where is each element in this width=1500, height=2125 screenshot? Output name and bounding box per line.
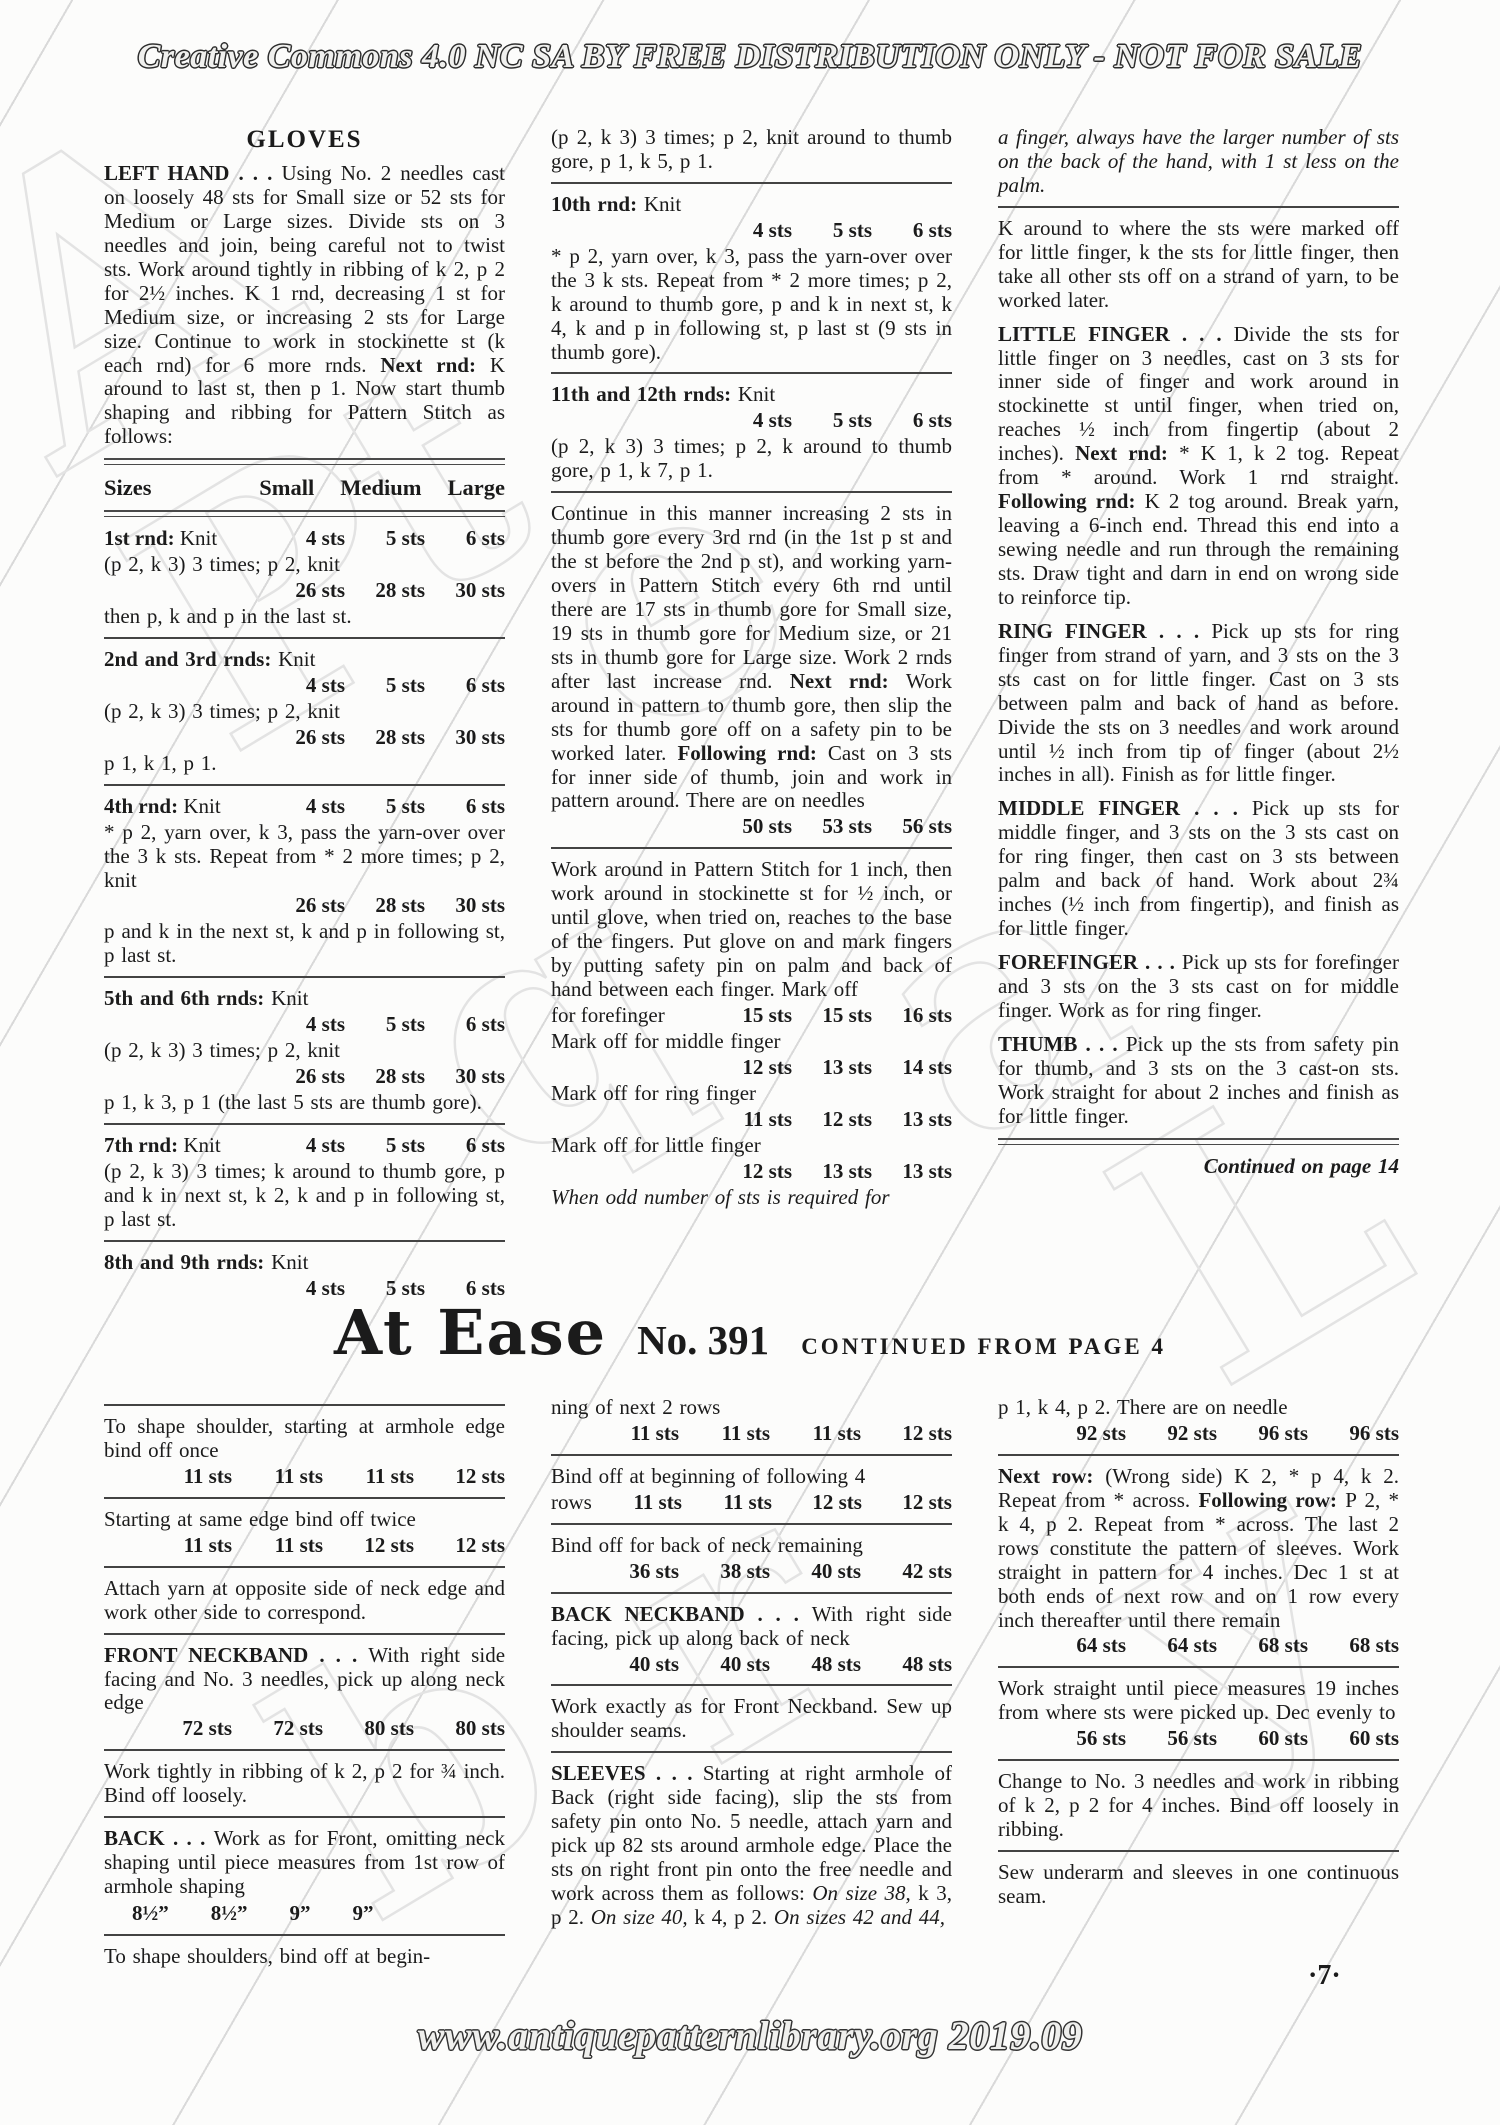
page-number: ·7· — [1308, 1960, 1341, 1992]
sts-value: 12 sts — [712, 1160, 792, 1184]
sts-value: 4 sts — [265, 674, 345, 698]
text-segment: Bind off for back of neck remaining — [551, 1533, 863, 1557]
sts-value: 48 sts — [861, 1653, 952, 1677]
at-ease-column-2: ning of next 2 rows11 sts11 sts11 sts12 … — [551, 1396, 952, 1971]
size-column-label: Small — [259, 475, 314, 501]
section-rule — [998, 1454, 1399, 1456]
paragraph: K around to where the sts were marked of… — [998, 217, 1399, 313]
sts-value: 11 sts — [588, 1422, 679, 1446]
sts-row: 11 sts11 sts12 sts12 sts — [104, 1534, 505, 1558]
paragraph: To shape shoulder, starting at armhole e… — [104, 1415, 505, 1463]
section-rule — [104, 784, 505, 786]
text-segment: Next rnd: — [380, 353, 489, 377]
sts-value: 56 sts — [872, 815, 952, 839]
text-segment: then p, k and p in the last st. — [104, 604, 352, 628]
text-segment: Knit — [271, 1250, 308, 1274]
paragraph: (p 2, k 3) 3 times; p 2, knit around to … — [551, 126, 952, 174]
paragraph: * p 2, yarn over, k 3, pass the yarn-ove… — [104, 821, 505, 893]
paragraph: THUMB . . . Pick up the sts from safety … — [998, 1033, 1399, 1129]
section-rule — [551, 1684, 952, 1686]
at-ease-column-3: p 1, k 4, p 2. There are on needle92 sts… — [998, 1396, 1399, 1971]
paragraph: p and k in the next st, k and p in follo… — [104, 920, 505, 968]
text-segment: (p 2, k 3) 3 times; p 2, k around to thu… — [551, 434, 952, 482]
text-segment: Knit — [183, 794, 220, 818]
sts-value: 11 sts — [682, 1491, 772, 1515]
sts-value: 80 sts — [323, 1717, 414, 1741]
text-segment: Following row: — [1198, 1488, 1345, 1512]
paragraph: Continued on page 14 — [998, 1155, 1399, 1179]
section-rule — [104, 1934, 505, 1936]
text-segment: p 1, k 1, p 1. — [104, 751, 217, 775]
sts-value: 6 sts — [872, 219, 952, 243]
text-segment: (p 2, k 3) 3 times; p 2, knit — [104, 699, 340, 723]
sts-row: 11 sts11 sts11 sts12 sts — [104, 1465, 505, 1489]
sts-value: 5 sts — [345, 1134, 425, 1158]
text-segment: for forefinger — [551, 1003, 665, 1027]
text-segment: p 1, k 3, p 1 (the last 5 sts are thumb … — [104, 1090, 482, 1114]
sts-value: 28 sts — [345, 1065, 425, 1089]
paragraph: * p 2, yarn over, k 3, pass the yarn-ove… — [551, 245, 952, 365]
round-label: rows — [551, 1491, 592, 1515]
size-column-label: Large — [448, 475, 505, 501]
paragraph: RING FINGER . . . Pick up sts for ring f… — [998, 620, 1399, 788]
paragraph: LITTLE FINGER . . . Divide the sts for l… — [998, 323, 1399, 610]
sts-value: 92 sts — [1035, 1422, 1126, 1446]
sts-value: 9” — [353, 1901, 374, 1926]
text-segment: Change to No. 3 needles and work in ribb… — [998, 1769, 1399, 1841]
sts-row: 56 sts56 sts60 sts60 sts — [998, 1727, 1399, 1751]
round-row: rows11 sts11 sts12 sts12 sts — [551, 1491, 952, 1515]
sts-row: 4 sts5 sts6 sts — [104, 1013, 505, 1037]
text-segment: 1st rnd: — [104, 526, 180, 550]
text-segment: On sizes 42 and 44, — [774, 1905, 945, 1929]
round-label: 7th rnd: Knit — [104, 1134, 221, 1158]
text-segment: rows — [551, 1490, 592, 1514]
sts-value: 5 sts — [345, 527, 425, 551]
paragraph: MIDDLE FINGER . . . Pick up sts for midd… — [998, 797, 1399, 941]
text-segment: Bind off at beginning of following 4 — [551, 1464, 865, 1488]
text-segment: 4th rnd: — [104, 794, 183, 818]
sts-value: 12 sts — [861, 1422, 952, 1446]
text-segment: (p 2, k 3) 3 times; p 2, knit around to … — [551, 125, 952, 173]
sts-value: 36 sts — [588, 1560, 679, 1584]
sts-value: 13 sts — [872, 1108, 952, 1132]
sts-row: 26 sts28 sts30 sts — [104, 726, 505, 750]
sts-row: 11 sts12 sts13 sts — [551, 1108, 952, 1132]
sts-value: 12 sts — [323, 1534, 414, 1558]
text-segment: To shape shoulder, starting at armhole e… — [104, 1414, 505, 1462]
text-segment: LEFT HAND . . . — [104, 161, 281, 185]
sts-value: 9” — [290, 1901, 311, 1926]
round-row: 7th rnd: Knit4 sts5 sts6 sts — [104, 1134, 505, 1158]
text-segment: (p 2, k 3) 3 times; p 2, knit — [104, 552, 340, 576]
sts-row: 26 sts28 sts30 sts — [104, 1065, 505, 1089]
article-title: At Ease — [334, 1296, 607, 1369]
sts-value: 50 sts — [712, 815, 792, 839]
sts-row: 4 sts5 sts6 sts — [551, 219, 952, 243]
paragraph: Work exactly as for Front Neckband. Sew … — [551, 1695, 952, 1743]
sts-value: 11 sts — [232, 1465, 323, 1489]
text-segment: Mark off for middle finger — [551, 1029, 781, 1053]
paragraph: Work tightly in ribbing of k 2, p 2 for … — [104, 1760, 505, 1808]
sts-value: 12 sts — [862, 1491, 952, 1515]
text-segment: SLEEVES . . . — [551, 1761, 703, 1785]
round-label: 4th rnd: Knit — [104, 795, 221, 819]
footer-url: www.antiquepatternlibrary.org 2019.09 — [0, 2012, 1500, 2059]
text-segment: FOREFINGER . . . — [998, 950, 1182, 974]
text-segment: Following rnd: — [677, 741, 827, 765]
sts-value: 14 sts — [872, 1056, 952, 1080]
paragraph: (p 2, k 3) 3 times; k around to thumb go… — [104, 1160, 505, 1232]
sts-value: 53 sts — [792, 815, 872, 839]
sts-value: 8½” — [132, 1901, 169, 1926]
text-segment: 7th rnd: — [104, 1133, 183, 1157]
sts-row: 4 sts5 sts6 sts — [104, 674, 505, 698]
gloves-column-1: GLOVESLEFT HAND . . . Using No. 2 needle… — [104, 126, 505, 1303]
sts-value: 8½” — [211, 1901, 248, 1926]
section-rule — [104, 1633, 505, 1635]
sts-value: 56 sts — [1035, 1727, 1126, 1751]
scanned-pattern-page: APteqaLryb Creative Commons 4.0 NC SA BY… — [0, 0, 1500, 2125]
sts-value: 4 sts — [265, 795, 345, 819]
paragraph: then p, k and p in the last st. — [104, 605, 505, 629]
sts-value: 80 sts — [414, 1717, 505, 1741]
section-rule — [104, 1816, 505, 1818]
text-segment: (p 2, k 3) 3 times; p 2, knit — [104, 1038, 340, 1062]
gloves-column-3: a finger, always have the larger number … — [998, 126, 1399, 1303]
sts-value: 40 sts — [770, 1560, 861, 1584]
sts-value: 6 sts — [872, 409, 952, 433]
sts-value: 96 sts — [1217, 1422, 1308, 1446]
paragraph: FRONT NECKBAND . . . With right side fac… — [104, 1644, 505, 1716]
sts-value: 16 sts — [872, 1004, 952, 1028]
text-segment: p and k in the next st, k and p in follo… — [104, 919, 505, 967]
text-segment: Knit — [183, 1133, 220, 1157]
section-rule — [551, 372, 952, 374]
sts-value: 12 sts — [414, 1534, 505, 1558]
sts-value: 11 sts — [141, 1465, 232, 1489]
gloves-heading: GLOVES — [104, 126, 505, 154]
text-segment: Knit — [278, 647, 315, 671]
paragraph: p 1, k 4, p 2. There are on needle — [998, 1396, 1399, 1420]
sts-row: 4 sts5 sts6 sts — [551, 409, 952, 433]
section-rule — [104, 1497, 505, 1499]
text-segment: Starting at same edge bind off twice — [104, 1507, 416, 1531]
paragraph: SLEEVES . . . Starting at right armhole … — [551, 1762, 952, 1930]
paragraph: (p 2, k 3) 3 times; p 2, knit — [104, 700, 505, 724]
section-rule — [998, 1850, 1399, 1852]
round-row: 4th rnd: Knit4 sts5 sts6 sts — [104, 795, 505, 819]
sts-row: 50 sts53 sts56 sts — [551, 815, 952, 839]
double-rule — [998, 1138, 1399, 1145]
sts-value: 11 sts — [712, 1108, 792, 1132]
sts-value: 11 sts — [679, 1422, 770, 1446]
sts-value: 13 sts — [872, 1160, 952, 1184]
text-segment: Mark off for little finger — [551, 1133, 761, 1157]
sts-value: 26 sts — [265, 894, 345, 918]
sts-value: 13 sts — [792, 1160, 872, 1184]
sts-value: 48 sts — [770, 1653, 861, 1677]
paragraph: Work straight until piece measures 19 in… — [998, 1677, 1399, 1725]
paragraph: Mark off for middle finger — [551, 1030, 952, 1054]
paragraph: LEFT HAND . . . Using No. 2 needles cast… — [104, 162, 505, 449]
sts-row: 40 sts40 sts48 sts48 sts — [551, 1653, 952, 1677]
section-rule — [104, 1240, 505, 1242]
section-rule — [104, 637, 505, 639]
round-row: for forefinger15 sts15 sts16 sts — [551, 1004, 952, 1028]
paragraph: 11th and 12th rnds: Knit — [551, 383, 952, 407]
sts-value: 11 sts — [232, 1534, 323, 1558]
sts-value: 28 sts — [345, 894, 425, 918]
text-segment: * p 2, yarn over, k 3, pass the yarn-ove… — [104, 820, 505, 892]
paragraph: Bind off at beginning of following 4 — [551, 1465, 952, 1489]
text-segment: Continued on page 14 — [1204, 1154, 1399, 1178]
sts-value: 26 sts — [265, 726, 345, 750]
section-rule — [551, 182, 952, 184]
text-segment: FRONT NECKBAND . . . — [104, 1643, 368, 1667]
paragraph: Sew underarm and sleeves in one continuo… — [998, 1861, 1399, 1909]
sts-row: 11 sts11 sts11 sts12 sts — [551, 1422, 952, 1446]
section-rule — [551, 491, 952, 493]
paragraph: (p 2, k 3) 3 times; p 2, k around to thu… — [551, 435, 952, 483]
double-rule — [104, 458, 505, 465]
text-segment: On size 40, — [591, 1905, 688, 1929]
sts-value: 11 sts — [770, 1422, 861, 1446]
sts-row: 26 sts28 sts30 sts — [104, 579, 505, 603]
sts-row: 12 sts13 sts13 sts — [551, 1160, 952, 1184]
paragraph: (p 2, k 3) 3 times; p 2, knit — [104, 1039, 505, 1063]
sts-value: 12 sts — [792, 1108, 872, 1132]
paragraph: Continue in this manner increasing 2 sts… — [551, 502, 952, 813]
sts-value: 5 sts — [792, 219, 872, 243]
sts-value: 15 sts — [792, 1004, 872, 1028]
gloves-column-2: (p 2, k 3) 3 times; p 2, knit around to … — [551, 126, 952, 1303]
double-rule — [104, 510, 505, 517]
size-column-labels: SmallMediumLarge — [259, 475, 505, 501]
text-segment: Knit — [180, 526, 217, 550]
text-segment: On size 38, — [812, 1881, 910, 1905]
paragraph: BACK . . . Work as for Front, omitting n… — [104, 1827, 505, 1899]
text-segment: a finger, always have the larger number … — [998, 125, 1399, 197]
paragraph: (p 2, k 3) 3 times; p 2, knit — [104, 553, 505, 577]
sts-value: 4 sts — [712, 409, 792, 433]
text-segment: ning of next 2 rows — [551, 1395, 720, 1419]
paragraph: p 1, k 3, p 1 (the last 5 sts are thumb … — [104, 1091, 505, 1115]
gloves-section: GLOVESLEFT HAND . . . Using No. 2 needle… — [104, 126, 1400, 1303]
paragraph: 5th and 6th rnds: Knit — [104, 987, 505, 1011]
text-segment: Knit — [738, 382, 775, 406]
sts-value: 64 sts — [1035, 1634, 1126, 1658]
text-segment: MIDDLE FINGER . . . — [998, 796, 1252, 820]
text-segment: * p 2, yarn over, k 3, pass the yarn-ove… — [551, 244, 952, 364]
paragraph: Attach yarn at opposite side of neck edg… — [104, 1577, 505, 1625]
text-segment: Next rnd: — [790, 669, 906, 693]
paragraph: BACK NECKBAND . . . With right side faci… — [551, 1603, 952, 1651]
paragraph: Next row: (Wrong side) K 2, * p 4, k 2. … — [998, 1465, 1399, 1633]
sts-value: 30 sts — [425, 894, 505, 918]
sts-value: 30 sts — [425, 1065, 505, 1089]
sts-value: 6 sts — [425, 674, 505, 698]
paragraph: To shape shoulders, bind off at begin- — [104, 1945, 505, 1969]
sts-value: 72 sts — [232, 1717, 323, 1741]
sts-row: 12 sts13 sts14 sts — [551, 1056, 952, 1080]
sts-value: 26 sts — [265, 1065, 345, 1089]
size-column-label: Medium — [340, 475, 421, 501]
text-segment: k 4, p 2. — [688, 1905, 774, 1929]
paragraph: Starting at same edge bind off twice — [104, 1508, 505, 1532]
inches-row: 8½”8½”9”9” — [104, 1901, 505, 1926]
text-segment: THUMB . . . — [998, 1032, 1126, 1056]
sts-row: 72 sts72 sts80 sts80 sts — [104, 1717, 505, 1741]
text-segment: 11th and 12th rnds: — [551, 382, 738, 406]
sts-value: 56 sts — [1126, 1727, 1217, 1751]
sts-value: 40 sts — [679, 1653, 770, 1677]
sts-value: 68 sts — [1308, 1634, 1399, 1658]
section-rule — [998, 1759, 1399, 1761]
text-segment: Work straight until piece measures 19 in… — [998, 1676, 1399, 1724]
sts-value: 12 sts — [414, 1465, 505, 1489]
sts-value: 4 sts — [712, 219, 792, 243]
round-label: for forefinger — [551, 1004, 665, 1028]
section-rule — [551, 1454, 952, 1456]
sts-value: 11 sts — [141, 1534, 232, 1558]
text-segment: 8th and 9th rnds: — [104, 1250, 271, 1274]
paragraph: p 1, k 1, p 1. — [104, 752, 505, 776]
paragraph: ning of next 2 rows — [551, 1396, 952, 1420]
sts-value: 5 sts — [345, 795, 425, 819]
text-segment: Mark off for ring finger — [551, 1081, 756, 1105]
text-segment: Sew underarm and sleeves in one continuo… — [998, 1860, 1399, 1908]
section-rule — [551, 847, 952, 849]
text-segment: Attach yarn at opposite side of neck edg… — [104, 1576, 505, 1624]
sts-value: 68 sts — [1217, 1634, 1308, 1658]
text-segment: When odd number of sts is required for — [551, 1185, 890, 1209]
sts-value: 11 sts — [323, 1465, 414, 1489]
round-row: 1st rnd: Knit4 sts5 sts6 sts — [104, 527, 505, 551]
sts-value: 60 sts — [1308, 1727, 1399, 1751]
sts-value: 4 sts — [265, 1013, 345, 1037]
paragraph: FOREFINGER . . . Pick up sts for forefin… — [998, 951, 1399, 1023]
sts-row: 36 sts38 sts40 sts42 sts — [551, 1560, 952, 1584]
text-segment: Knit — [271, 986, 308, 1010]
sts-value: 28 sts — [345, 579, 425, 603]
text-segment: BACK NECKBAND . . . — [551, 1602, 812, 1626]
sts-value: 12 sts — [712, 1056, 792, 1080]
sts-value: 72 sts — [141, 1717, 232, 1741]
section-rule — [998, 1666, 1399, 1668]
text-segment: BACK . . . — [104, 1826, 214, 1850]
sts-value: 4 sts — [265, 527, 345, 551]
sts-value: 40 sts — [588, 1653, 679, 1677]
sizes-header-row: SizesSmallMediumLarge — [104, 475, 505, 501]
sts-value: 92 sts — [1126, 1422, 1217, 1446]
text-segment: Following rnd: — [998, 489, 1145, 513]
text-segment: Work around in Pattern Stitch for 1 inch… — [551, 857, 952, 1001]
text-segment: 2nd and 3rd rnds: — [104, 647, 278, 671]
sizes-label: Sizes — [104, 475, 152, 501]
text-segment: 10th rnd: — [551, 192, 644, 216]
paragraph: Mark off for little finger — [551, 1134, 952, 1158]
text-segment: Continue in this manner increasing 2 sts… — [551, 501, 952, 693]
text-segment: K around to where the sts were marked of… — [998, 216, 1399, 312]
text-segment: 5th and 6th rnds: — [104, 986, 271, 1010]
section-rule — [998, 206, 1399, 208]
sts-value: 26 sts — [265, 579, 345, 603]
sts-value: 6 sts — [425, 795, 505, 819]
sts-value: 4 sts — [265, 1134, 345, 1158]
section-rule — [551, 1592, 952, 1594]
at-ease-column-1: To shape shoulder, starting at armhole e… — [104, 1396, 505, 1971]
section-rule — [104, 976, 505, 978]
paragraph: Bind off for back of neck remaining — [551, 1534, 952, 1558]
sts-value: 11 sts — [592, 1491, 682, 1515]
section-rule — [104, 1749, 505, 1751]
text-segment: Next rnd: — [1075, 441, 1179, 465]
text-segment: p 1, k 4, p 2. There are on needle — [998, 1395, 1288, 1419]
paragraph: When odd number of sts is required for — [551, 1186, 952, 1210]
sts-value: 5 sts — [345, 1013, 425, 1037]
text-segment: Using No. 2 needles cast on loosely 48 s… — [104, 161, 505, 377]
text-segment: Knit — [644, 192, 681, 216]
section-rule — [104, 1566, 505, 1568]
text-segment: Pick up sts for ring finger from strand … — [998, 619, 1399, 787]
text-segment: (p 2, k 3) 3 times; k around to thumb go… — [104, 1159, 505, 1231]
sts-value: 30 sts — [425, 726, 505, 750]
sts-value: 38 sts — [679, 1560, 770, 1584]
sts-value: 6 sts — [425, 527, 505, 551]
section-rule — [104, 1123, 505, 1125]
paragraph: 2nd and 3rd rnds: Knit — [104, 648, 505, 672]
text-segment: Work exactly as for Front Neckband. Sew … — [551, 1694, 952, 1742]
sts-value: 60 sts — [1217, 1727, 1308, 1751]
sts-value: 64 sts — [1126, 1634, 1217, 1658]
sts-value: 28 sts — [345, 726, 425, 750]
at-ease-section: To shape shoulder, starting at armhole e… — [104, 1396, 1400, 1971]
sts-value: 96 sts — [1308, 1422, 1399, 1446]
sts-row: 92 sts92 sts96 sts96 sts — [998, 1422, 1399, 1446]
sts-value: 42 sts — [861, 1560, 952, 1584]
text-segment: Work tightly in ribbing of k 2, p 2 for … — [104, 1759, 505, 1807]
text-segment: RING FINGER . . . — [998, 619, 1211, 643]
sts-row: 26 sts28 sts30 sts — [104, 894, 505, 918]
sts-value: 15 sts — [712, 1004, 792, 1028]
sts-value: 5 sts — [345, 674, 425, 698]
text-segment: To shape shoulders, bind off at begin- — [104, 1944, 430, 1968]
section-rule — [551, 1523, 952, 1525]
sts-value: 6 sts — [425, 1134, 505, 1158]
sts-value: 12 sts — [772, 1491, 862, 1515]
round-label: 1st rnd: Knit — [104, 527, 217, 551]
paragraph: Mark off for ring finger — [551, 1082, 952, 1106]
paragraph: Change to No. 3 needles and work in ribb… — [998, 1770, 1399, 1842]
at-ease-heading: At Ease No. 391 CONTINUED FROM PAGE 4 — [0, 1296, 1500, 1369]
sts-value: 5 sts — [792, 409, 872, 433]
section-rule — [551, 1751, 952, 1753]
section-rule — [104, 1404, 505, 1406]
sts-value: 6 sts — [425, 1013, 505, 1037]
paragraph: Work around in Pattern Stitch for 1 inch… — [551, 858, 952, 1002]
continued-from-note: CONTINUED FROM PAGE 4 — [801, 1334, 1166, 1359]
paragraph: a finger, always have the larger number … — [998, 126, 1399, 198]
sts-value: 13 sts — [792, 1056, 872, 1080]
text-segment: LITTLE FINGER . . . — [998, 322, 1234, 346]
paragraph: 10th rnd: Knit — [551, 193, 952, 217]
sts-row: 64 sts64 sts68 sts68 sts — [998, 1634, 1399, 1658]
license-header: Creative Commons 4.0 NC SA BY FREE DISTR… — [0, 38, 1500, 76]
text-segment: Next row: — [998, 1464, 1105, 1488]
paragraph: 8th and 9th rnds: Knit — [104, 1251, 505, 1275]
sts-value: 30 sts — [425, 579, 505, 603]
